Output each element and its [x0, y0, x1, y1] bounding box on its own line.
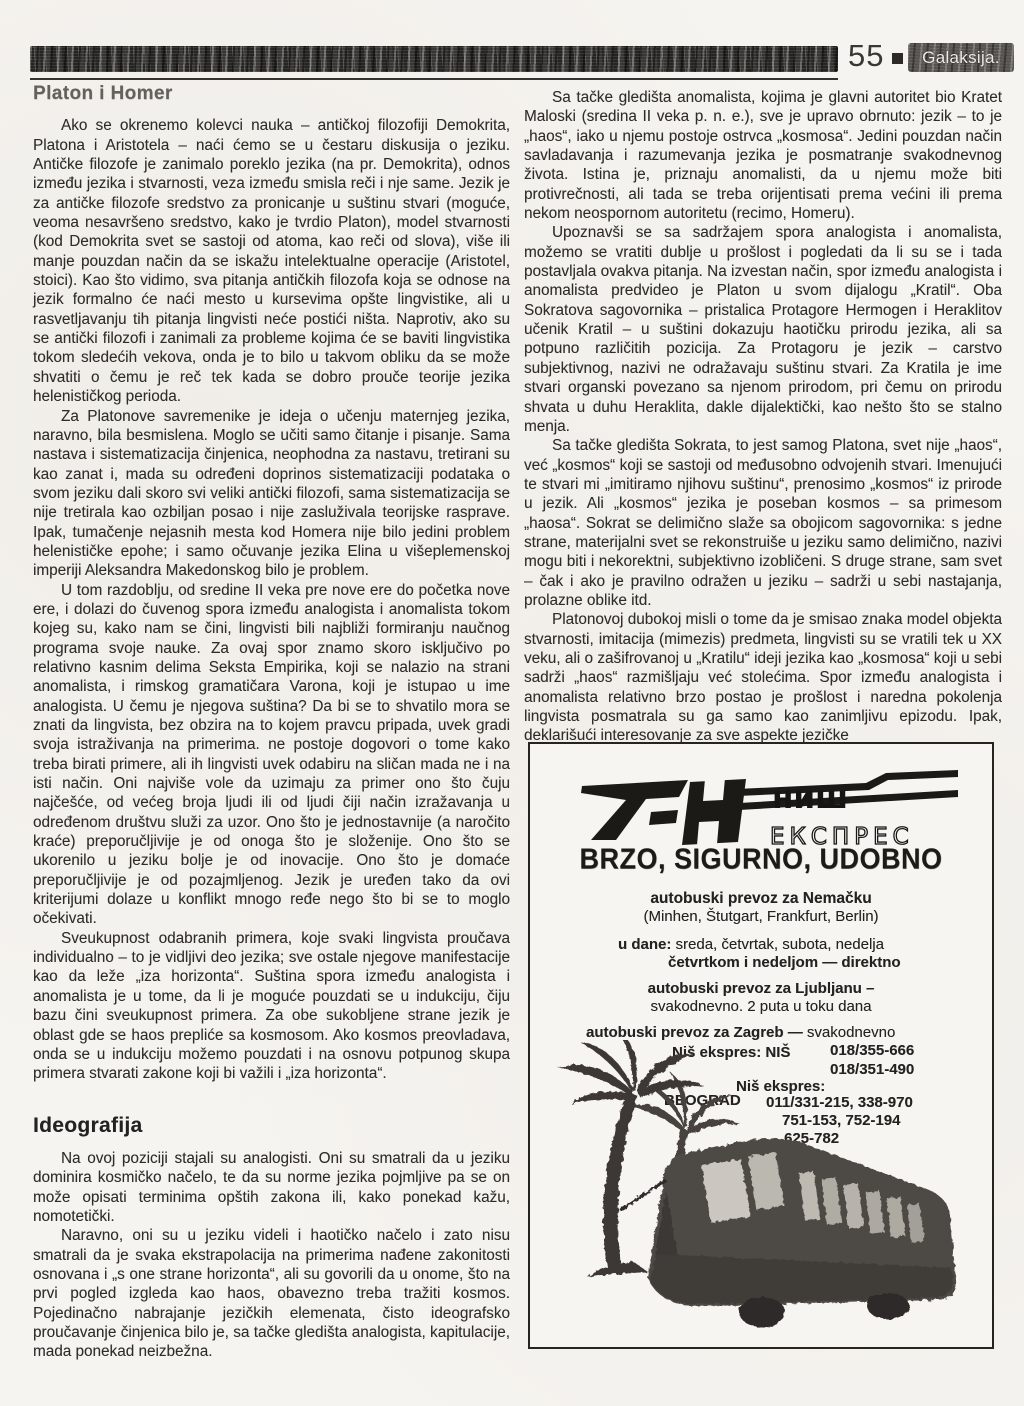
- body-paragraph: Sa tačke gledišta Sokrata, to jest samog…: [524, 436, 1002, 610]
- ad-dane-days: sreda, četvrtak, subota, nedelja: [676, 936, 884, 953]
- magazine-page: 55 Galaksija. Platon i Homer Ako se okre…: [0, 0, 1024, 1406]
- square-bullet-icon: [892, 53, 903, 64]
- body-paragraph: Ako se okrenemo kolevci nauka – antičkoj…: [33, 116, 510, 406]
- body-paragraph: Za Platonove savremenike je ideja o učen…: [33, 407, 510, 581]
- bus-photo: [620, 1138, 956, 1327]
- ad-nemacka-title: autobuski prevoz za Nemačku: [530, 890, 992, 908]
- logo-text-nis: ниш: [772, 780, 848, 816]
- ad-zagreb-title: autobuski prevoz za Zagreb —: [586, 1024, 807, 1041]
- body-paragraph: Naravno, oni su u jeziku videli i haotič…: [33, 1226, 510, 1361]
- ad-zagreb-line: autobuski prevoz za Zagreb — svakodnevno: [586, 1024, 895, 1041]
- ad-slogan: BRZO, SIGURNO, UDOBNO: [530, 843, 992, 876]
- nis-ekspres-advertisement: ниш ЕКСПРЕС BRZO, SIGURNO, UDOBNO autobu…: [528, 742, 994, 1349]
- magazine-title-badge: Galaksija.: [908, 43, 1014, 72]
- ad-ljubljana-title: autobuski prevoz za Ljubljanu –: [530, 980, 992, 997]
- left-column: Platon i Homer Ako se okrenemo kolevci n…: [33, 84, 510, 1362]
- ad-ljubljana-note: svakodnevno. 2 puta u toku dana: [530, 998, 992, 1015]
- body-paragraph: Platonovoj dubokoj misli o tome da je sm…: [524, 610, 1002, 745]
- right-column: Sa tačke gledišta anomalista, kojima je …: [524, 88, 1002, 746]
- ad-artwork: [556, 1040, 976, 1340]
- body-paragraph: Na ovoj poziciji stajali su analogisti. …: [33, 1149, 510, 1226]
- ad-dane-note: četvrtkom i nedeljom — direktno: [668, 954, 901, 971]
- ad-dane-label: u dane:: [618, 936, 676, 953]
- body-paragraph: Sa tačke gledišta anomalista, kojima je …: [524, 88, 1002, 223]
- header-texture-bar: [30, 46, 838, 72]
- header-rule: [30, 78, 838, 80]
- body-paragraph: Upoznavši se sa sadržajem spora analogis…: [524, 223, 1002, 436]
- ad-zagreb-note: svakodnevno: [807, 1024, 895, 1041]
- ad-dane-line: u dane: sreda, četvrtak, subota, nedelja: [618, 936, 884, 953]
- heading-ideografija: Ideografija: [33, 1116, 510, 1135]
- ad-nemacka-cities: (Minhen, Štutgart, Frankfurt, Berlin): [530, 908, 992, 925]
- page-number: 55: [848, 38, 884, 74]
- body-paragraph: U tom razdoblju, od sredine II veka pre …: [33, 581, 510, 929]
- body-paragraph: Sveukupnost odabranih primera, koje svak…: [33, 929, 510, 1084]
- heading-platon-i-homer: Platon i Homer: [33, 84, 510, 103]
